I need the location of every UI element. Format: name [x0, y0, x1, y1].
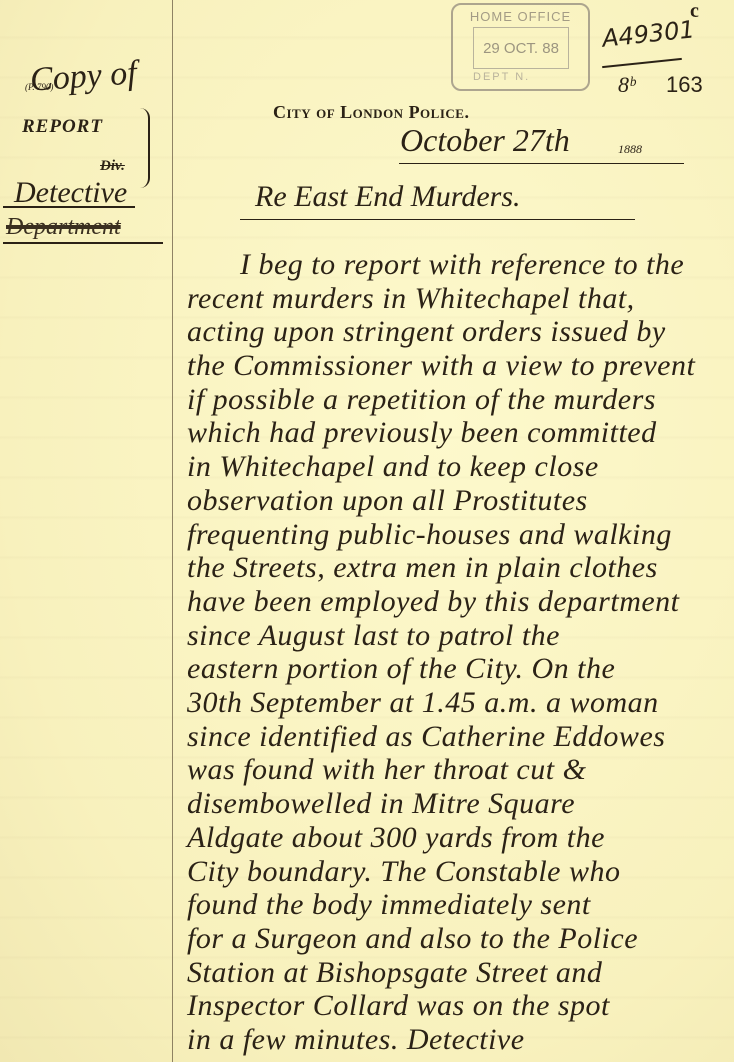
body-line: since identified as Catherine Eddowes: [187, 722, 665, 752]
home-office-stamp: HOME OFFICE 29 OCT. 88 DEPT N.: [451, 3, 590, 91]
stamp-top-text: HOME OFFICE: [453, 9, 588, 24]
div-label: Div.: [100, 158, 125, 175]
page-title: City of London Police.: [273, 102, 469, 123]
body-line: the Streets, extra men in plain clothes: [187, 553, 658, 583]
date-handwritten: October 27th: [400, 122, 570, 159]
body-line: disembowelled in Mitre Square: [187, 789, 575, 819]
date-rule: [399, 163, 684, 164]
body-line: which had previously been committed: [187, 418, 657, 448]
body-line: Aldgate about 300 yards from the: [187, 823, 605, 853]
body-line: City boundary. The Constable who: [187, 857, 621, 887]
body-line: observation upon all Prostitutes: [187, 486, 588, 516]
body-line: I beg to report with reference to the: [240, 250, 684, 280]
stamp-bottom-text: DEPT N.: [473, 71, 530, 83]
subject-line: Re East End Murders.: [255, 180, 521, 214]
date-year: 1888: [618, 142, 642, 157]
body-line: acting upon stringent orders issued by: [187, 317, 666, 347]
reference-sub: 8ᵇ: [618, 72, 635, 98]
body-line: for a Surgeon and also to the Police: [187, 924, 638, 954]
body-line: in a few minutes. Detective: [187, 1025, 525, 1055]
body-line: 30th September at 1.45 a.m. a woman: [187, 688, 659, 718]
department-struck: Department: [6, 214, 121, 241]
department-handwritten: Detective: [14, 176, 127, 210]
brace-mark: [140, 108, 150, 188]
department-struck-rule: [3, 242, 163, 244]
body-line: eastern portion of the City. On the: [187, 654, 615, 684]
body-line: recent murders in Whitechapel that,: [187, 284, 635, 314]
reference-sub-number: 163: [666, 72, 703, 98]
form-number: (P. 790): [25, 82, 53, 92]
body-line: Inspector Collard was on the spot: [187, 991, 610, 1021]
body-line: since August last to patrol the: [187, 621, 560, 651]
stamp-date: 29 OCT. 88: [473, 27, 569, 69]
copy-of-annotation: Copy of: [29, 54, 138, 99]
body-line: have been employed by this department: [187, 587, 680, 617]
subject-rule: [240, 219, 635, 220]
body-line: found the body immediately sent: [187, 890, 591, 920]
body-line: in Whitechapel and to keep close: [187, 452, 599, 482]
report-label: REPORT: [22, 116, 103, 138]
body-line: the Commissioner with a view to prevent: [187, 351, 695, 381]
department-rule: [3, 206, 135, 208]
body-line: frequenting public-houses and walking: [187, 520, 672, 550]
margin-rule: [172, 0, 173, 1062]
body-line: Station at Bishopsgate Street and: [187, 958, 602, 988]
body-line: was found with her throat cut &: [187, 755, 586, 785]
body-line: if possible a repetition of the murders: [187, 385, 656, 415]
